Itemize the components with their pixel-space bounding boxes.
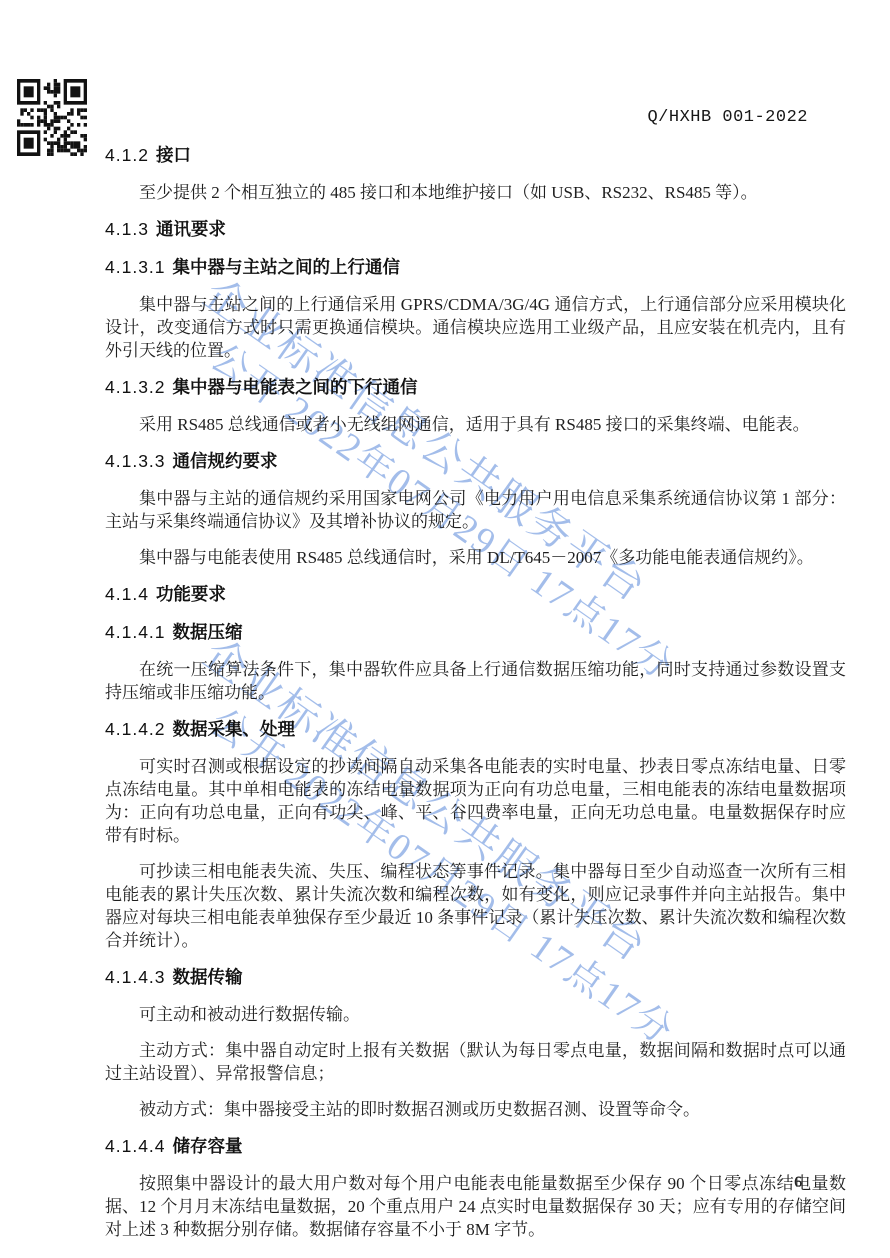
- section-heading: 4.1.3通讯要求: [105, 217, 846, 242]
- section-number: 4.1.4.4: [105, 1136, 166, 1156]
- section-title: 接口: [156, 145, 191, 165]
- paragraph: 可抄读三相电能表失流、失压、编程状态等事件记录。集中器每日至少自动巡查一次所有三…: [105, 860, 846, 952]
- section-number: 4.1.3.3: [105, 451, 166, 471]
- section-number: 4.1.3: [105, 219, 149, 239]
- section-title: 数据采集、处理: [173, 719, 296, 739]
- section-title: 功能要求: [156, 584, 226, 604]
- page-number: 6: [794, 1174, 802, 1192]
- document-page: 企业标准信息公共服务平台 公开 2022年07月29日 17点17分 企业标准信…: [0, 0, 890, 1258]
- paragraph: 集中器与主站的通信规约采用国家电网公司《电力用户用电信息采集系统通信协议第 1 …: [105, 487, 846, 533]
- paragraph: 被动方式：集中器接受主站的即时数据召测或历史数据召测、设置等命令。: [105, 1098, 846, 1121]
- section-heading: 4.1.4.4储存容量: [105, 1134, 846, 1159]
- document-code-header: Q/HXHB 001-2022: [647, 108, 808, 127]
- paragraph: 集中器与电能表使用 RS485 总线通信时，采用 DL/T645－2007《多功…: [105, 546, 846, 569]
- content-layer: Q/HXHB 001-2022 4.1.2接口 至少提供 2 个相互独立的 48…: [0, 0, 890, 1258]
- paragraph: 至少提供 2 个相互独立的 485 接口和本地维护接口（如 USB、RS232、…: [105, 181, 846, 204]
- paragraph: 可主动和被动进行数据传输。: [105, 1003, 846, 1026]
- section-number: 4.1.4: [105, 584, 149, 604]
- paragraph: 主动方式：集中器自动定时上报有关数据（默认为每日零点电量，数据间隔和数据时点可以…: [105, 1039, 846, 1085]
- qr-code: [17, 79, 87, 156]
- section-title: 通信规约要求: [173, 451, 278, 471]
- section-title: 集中器与主站之间的上行通信: [173, 257, 401, 277]
- section-title: 通讯要求: [156, 219, 226, 239]
- section-title: 储存容量: [173, 1136, 243, 1156]
- section-heading: 4.1.4.1数据压缩: [105, 620, 846, 645]
- section-heading: 4.1.3.2集中器与电能表之间的下行通信: [105, 375, 846, 400]
- section-number: 4.1.4.1: [105, 622, 166, 642]
- section-heading: 4.1.3.1集中器与主站之间的上行通信: [105, 255, 846, 280]
- paragraph: 集中器与主站之间的上行通信采用 GPRS/CDMA/3G/4G 通信方式，上行通…: [105, 293, 846, 362]
- section-title: 集中器与电能表之间的下行通信: [173, 377, 418, 397]
- section-heading: 4.1.4.3数据传输: [105, 965, 846, 990]
- section-number: 4.1.2: [105, 145, 149, 165]
- paragraph: 采用 RS485 总线通信或者小无线组网通信，适用于具有 RS485 接口的采集…: [105, 413, 846, 436]
- section-heading: 4.1.3.3通信规约要求: [105, 449, 846, 474]
- document-body: 4.1.2接口 至少提供 2 个相互独立的 485 接口和本地维护接口（如 US…: [105, 130, 846, 1254]
- section-heading: 4.1.4.2数据采集、处理: [105, 717, 846, 742]
- section-heading: 4.1.4功能要求: [105, 582, 846, 607]
- section-number: 4.1.4.3: [105, 967, 166, 987]
- section-heading: 4.1.2接口: [105, 143, 846, 168]
- paragraph: 可实时召测或根据设定的抄读间隔自动采集各电能表的实时电量、抄表日零点冻结电量、日…: [105, 755, 846, 847]
- section-number: 4.1.3.1: [105, 257, 166, 277]
- paragraph: 在统一压缩算法条件下，集中器软件应具备上行通信数据压缩功能，同时支持通过参数设置…: [105, 658, 846, 704]
- section-number: 4.1.3.2: [105, 377, 166, 397]
- section-title: 数据传输: [173, 967, 243, 987]
- section-number: 4.1.4.2: [105, 719, 166, 739]
- section-title: 数据压缩: [173, 622, 243, 642]
- paragraph: 按照集中器设计的最大用户数对每个用户电能表电能量数据至少保存 90 个日零点冻结…: [105, 1172, 846, 1241]
